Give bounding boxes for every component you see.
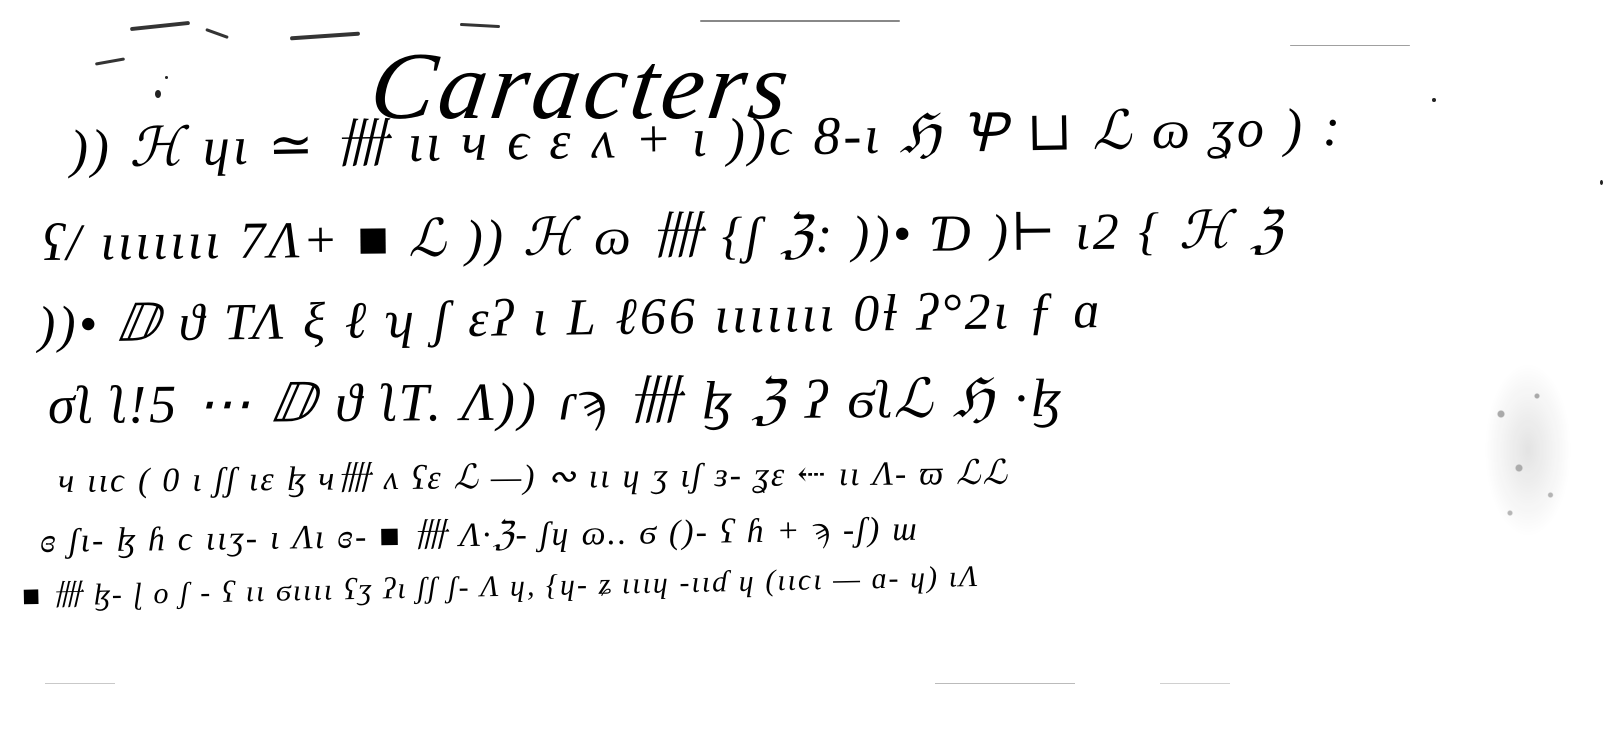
character-glyph: ■ bbox=[379, 520, 402, 554]
character-glyph: ʔ bbox=[805, 373, 831, 427]
character-glyph: ʕ/ bbox=[42, 218, 84, 270]
character-glyph: { bbox=[1138, 206, 1162, 258]
character-glyph: ɑ- bbox=[871, 564, 901, 595]
character-glyph: ℒ bbox=[453, 461, 480, 495]
character-glyph: ɩΛ bbox=[948, 562, 979, 593]
character-glyph: Λ)) bbox=[461, 375, 539, 430]
character-glyph: ɦ bbox=[148, 523, 167, 557]
character-glyph: ϑ bbox=[335, 376, 365, 430]
ink-speck bbox=[1600, 180, 1603, 185]
character-glyph: - bbox=[200, 578, 213, 608]
character-row: ʕ/ιιιιιιι7Λ+■ℒ))ℋɷ卌{ʃℨ:))•Ɗ)⊢ι2{ℋℨ bbox=[42, 205, 1302, 270]
character-glyph: Ꝕ bbox=[960, 106, 1010, 161]
character-glyph: ))• bbox=[852, 209, 914, 262]
character-glyph: ϵ bbox=[507, 114, 533, 168]
character-glyph: ξ bbox=[303, 296, 329, 348]
character-glyph: 0ƚ bbox=[853, 288, 900, 341]
character-glyph: ιɛ bbox=[249, 463, 276, 497]
character-glyph: σʅ bbox=[48, 378, 95, 432]
character-glyph: ℌ bbox=[953, 371, 997, 425]
character-glyph: ɷ bbox=[1151, 102, 1193, 157]
ink-speck bbox=[155, 90, 161, 98]
character-glyph: ϭʅℒ bbox=[847, 372, 936, 427]
character-glyph: 卌 bbox=[412, 519, 448, 553]
character-glyph: ι bbox=[270, 522, 282, 556]
character-glyph: ⇠ bbox=[797, 458, 828, 492]
character-glyph: ɑ bbox=[1073, 285, 1103, 337]
character-glyph: Λ·ℨ- bbox=[459, 518, 529, 553]
character-glyph: ϭιιιι bbox=[276, 575, 335, 606]
character-glyph: + bbox=[776, 514, 801, 548]
bottom-edge-line bbox=[45, 683, 115, 684]
character-glyph: (ιιϲɩ bbox=[765, 565, 824, 596]
character-glyph: ɮ bbox=[701, 373, 734, 427]
character-glyph: ɛ bbox=[549, 113, 574, 167]
character-glyph: ιι bbox=[245, 577, 266, 607]
character-glyph: ɮ bbox=[116, 524, 137, 558]
character-glyph: ι bbox=[691, 111, 710, 165]
character-glyph: ℒ bbox=[1092, 103, 1135, 158]
character-glyph: ⅅ bbox=[270, 376, 318, 430]
character-glyph: ( bbox=[138, 464, 152, 498]
character-glyph: ⋯ bbox=[196, 377, 253, 431]
character-glyph: ℓ bbox=[344, 295, 369, 347]
character-glyph: ≃ bbox=[268, 118, 317, 173]
character-glyph: ·ɮ bbox=[1014, 371, 1064, 425]
character-glyph: ɞ- bbox=[337, 520, 369, 554]
character-glyph: o bbox=[153, 579, 171, 609]
character-glyph: ϑ bbox=[178, 298, 207, 350]
character-glyph: )) bbox=[70, 121, 113, 176]
character-glyph: ʃɥ bbox=[539, 518, 570, 552]
ink-speck bbox=[165, 76, 168, 79]
character-glyph: ɥι bbox=[202, 119, 251, 174]
character-glyph: Ɗ bbox=[930, 208, 974, 260]
character-glyph: ℒ bbox=[408, 214, 449, 266]
character-glyph: ℒℒ bbox=[956, 457, 1009, 491]
character-glyph: ʑ bbox=[598, 570, 612, 600]
character-glyph: ɾϡ bbox=[556, 374, 610, 428]
character-glyph: ℨ: bbox=[780, 210, 836, 263]
character-glyph: ■ bbox=[22, 582, 43, 612]
character-glyph: ϭ bbox=[639, 516, 658, 550]
character-glyph: )) bbox=[465, 213, 506, 265]
character-glyph: ɷ.. bbox=[581, 517, 628, 552]
character-glyph: L bbox=[566, 292, 599, 344]
character-glyph: )⊢ bbox=[990, 207, 1059, 260]
character-glyph: ʃ bbox=[180, 578, 191, 608]
character-glyph: ч卌 bbox=[318, 462, 373, 496]
character-glyph: {ʃ bbox=[721, 210, 763, 262]
character-row: σʅʅ!5⋯ⅅϑʅΤ.Λ))ɾϡ卌ɮℨʔϭʅℒℌ·ɮ bbox=[48, 371, 1081, 432]
bottom-edge-line bbox=[935, 683, 1075, 684]
character-glyph: ɜ- bbox=[714, 459, 743, 493]
character-glyph: ∾ bbox=[547, 460, 578, 494]
character-glyph: ʅ!5 bbox=[111, 377, 179, 431]
character-glyph: ʃʃ bbox=[214, 463, 238, 497]
character-glyph: -ιιɗ bbox=[679, 567, 729, 598]
character-row: чιιϲ(0ιʃʃιɛɮч卌ʌʕɛℒ—)∾ιιɥʒιʃɜ-ʓɛ⇠ιιΛ-ϖℒℒ bbox=[58, 457, 1020, 499]
character-glyph: ιιιɥ bbox=[622, 568, 671, 599]
bottom-edge-line bbox=[1160, 683, 1230, 684]
character-glyph: ι bbox=[532, 293, 550, 345]
character-glyph: ⊔ bbox=[1026, 104, 1075, 159]
character-glyph: ιι bbox=[589, 460, 612, 494]
character-glyph: ιʃ bbox=[680, 459, 703, 493]
character-glyph: ⅅ bbox=[116, 298, 162, 351]
character-glyph: ιι bbox=[838, 458, 861, 492]
character-glyph: ʮ bbox=[386, 295, 418, 347]
character-glyph: ι2 bbox=[1075, 207, 1122, 259]
character-glyph: ℨ bbox=[751, 373, 788, 427]
character-glyph: ʃ- bbox=[448, 573, 471, 603]
character-glyph: ))ϲ bbox=[726, 109, 796, 164]
character-glyph: ιι bbox=[407, 115, 444, 170]
character-glyph: ʕʒ bbox=[343, 575, 373, 606]
character-glyph: ιιʒ- bbox=[206, 522, 260, 557]
character-row: ■卌ɮ-ɭoʃ-ʕιιϭιιιιʕʒʔιʃʃʃ-Λɥ,{ɥ-ʑιιιɥ-ιιɗɥ… bbox=[22, 562, 989, 612]
character-glyph: 卌 bbox=[51, 581, 84, 612]
character-glyph: ƒ bbox=[1027, 286, 1057, 338]
character-glyph: — bbox=[833, 564, 862, 595]
edge-mark bbox=[700, 20, 900, 22]
character-glyph: ΤΛ bbox=[223, 297, 286, 350]
character-glyph: 卌 bbox=[650, 211, 706, 264]
edge-mark bbox=[290, 32, 360, 41]
character-glyph: ɛʔ bbox=[468, 293, 517, 346]
character-glyph: ()- bbox=[669, 516, 709, 551]
character-glyph: ℋ bbox=[129, 120, 186, 175]
character-glyph: ))• bbox=[38, 299, 101, 352]
character-glyph: ιιιιιιι bbox=[100, 216, 223, 269]
character-row: )) ℋɥι≃卌ιιчϵɛʌ+ι))ϲ8-ιℌꝔ⊔ℒɷʓο): bbox=[70, 99, 1362, 176]
character-glyph: ʃɩ- bbox=[69, 524, 106, 559]
edge-mark bbox=[130, 21, 190, 31]
character-glyph: ɮ bbox=[286, 463, 307, 497]
character-glyph: ɮ- bbox=[93, 580, 124, 611]
edge-mark bbox=[1290, 45, 1410, 46]
character-glyph: ʕ bbox=[221, 578, 236, 608]
character-glyph: ι bbox=[192, 464, 204, 498]
character-glyph: ɯ bbox=[892, 513, 919, 547]
character-glyph: 卌 bbox=[333, 116, 391, 171]
character-glyph: ιιιιιιι bbox=[714, 289, 837, 343]
character-glyph: ʔ°2ι bbox=[916, 286, 1011, 339]
ink-speck bbox=[1432, 98, 1436, 102]
character-glyph: {ɥ- bbox=[546, 570, 590, 601]
character-glyph: Λ- bbox=[872, 458, 908, 492]
character-glyph: ιιϲ bbox=[87, 464, 127, 498]
character-glyph: 7Λ+ bbox=[239, 215, 341, 268]
character-glyph: ʓɛ bbox=[754, 459, 787, 493]
character-glyph: ɦ bbox=[746, 515, 765, 549]
character-glyph: ϡ bbox=[812, 514, 832, 548]
manuscript-page: Caracters )) ℋɥι≃卌ιιчϵɛʌ+ι))ϲ8-ιℌꝔ⊔ℒɷʓο)… bbox=[0, 0, 1613, 731]
character-glyph: ʌ bbox=[590, 112, 618, 166]
paper-stain bbox=[1483, 360, 1573, 540]
character-glyph: ϲ bbox=[177, 523, 195, 557]
character-glyph: ϖ bbox=[919, 457, 945, 491]
character-glyph: ℨ bbox=[1250, 205, 1286, 257]
character-glyph: ʒ bbox=[652, 460, 669, 494]
character-glyph: ʌ bbox=[383, 462, 400, 496]
character-glyph: ℌ bbox=[899, 107, 944, 162]
character-glyph: : bbox=[1322, 100, 1344, 154]
character-glyph: ʃʃ bbox=[417, 573, 439, 603]
character-glyph: Λι bbox=[292, 521, 326, 555]
character-glyph: ɞ bbox=[40, 525, 58, 559]
character-glyph: -ʃ) bbox=[843, 513, 882, 548]
character-glyph: ɷ bbox=[593, 212, 633, 264]
character-glyph: ч bbox=[461, 115, 491, 169]
character-glyph: ℋ bbox=[522, 212, 577, 265]
character-glyph: ʕɛ bbox=[411, 462, 443, 496]
character-row: ))•ⅅϑΤΛξℓʮʃɛʔιLℓ66ιιιιιιι0ƚʔ°2ιƒɑ bbox=[38, 285, 1120, 352]
character-glyph: ɥ bbox=[622, 460, 641, 494]
character-glyph: 卌 bbox=[627, 374, 684, 428]
character-glyph: ɥ bbox=[738, 567, 756, 597]
character-glyph: ɥ, bbox=[510, 571, 537, 602]
character-glyph: —) bbox=[491, 461, 537, 495]
character-glyph: ʔι bbox=[383, 574, 408, 605]
character-glyph: 8-ι bbox=[813, 108, 883, 163]
character-glyph: ■ bbox=[357, 214, 392, 266]
edge-mark bbox=[460, 23, 500, 28]
character-row: ɞʃɩ-ɮɦϲιιʒ-ιΛιɞ-■卌Λ·ℨ-ʃɥɷ..ϭ()-ʕɦ+ϡ-ʃ)ɯ bbox=[40, 513, 930, 559]
character-glyph: ʃ bbox=[433, 294, 452, 346]
character-glyph: ℋ bbox=[1179, 206, 1234, 259]
character-glyph: ʕ bbox=[720, 515, 736, 549]
character-glyph: ʅΤ. bbox=[382, 375, 445, 429]
character-glyph: ɭ bbox=[133, 579, 144, 609]
character-glyph: ɥ) bbox=[910, 563, 940, 594]
character-glyph: ) bbox=[1284, 100, 1306, 154]
edge-mark bbox=[205, 28, 229, 39]
character-glyph: ʓο bbox=[1209, 101, 1267, 156]
character-glyph: Λ bbox=[480, 572, 501, 602]
character-glyph: + bbox=[635, 111, 675, 166]
character-glyph: ℓ66 bbox=[615, 291, 698, 344]
character-glyph: ч bbox=[58, 465, 77, 499]
character-glyph: 0 bbox=[162, 464, 181, 498]
edge-mark bbox=[95, 57, 125, 65]
